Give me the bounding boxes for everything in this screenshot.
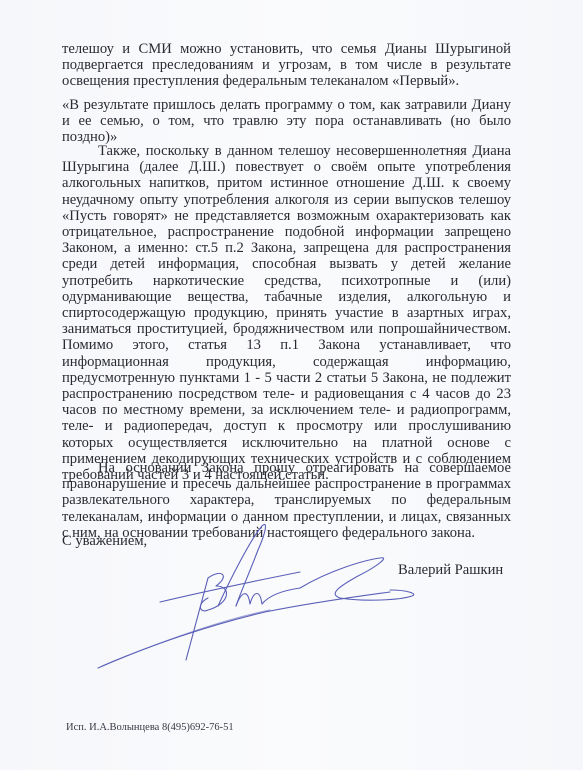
paragraph-quote: «В результате пришлось делать программу …	[62, 97, 511, 146]
handwritten-signature	[90, 520, 420, 680]
quote-text: «В результате пришлось делать программу …	[62, 97, 511, 146]
paragraph-text: Также, поскольку в данном телешоу несове…	[62, 143, 511, 483]
executor-contact: Исп. И.А.Волынцева 8(495)692-76-51	[66, 722, 234, 733]
document-page: телешоу и СМИ можно установить, что семь…	[0, 0, 583, 770]
signer-name: Валерий Рашкин	[398, 562, 503, 579]
paragraph-intro-continuation: телешоу и СМИ можно установить, что семь…	[62, 41, 511, 90]
paragraph-text: телешоу и СМИ можно установить, что семь…	[62, 41, 511, 90]
paragraph-law-reference: Также, поскольку в данном телешоу несове…	[62, 143, 511, 483]
